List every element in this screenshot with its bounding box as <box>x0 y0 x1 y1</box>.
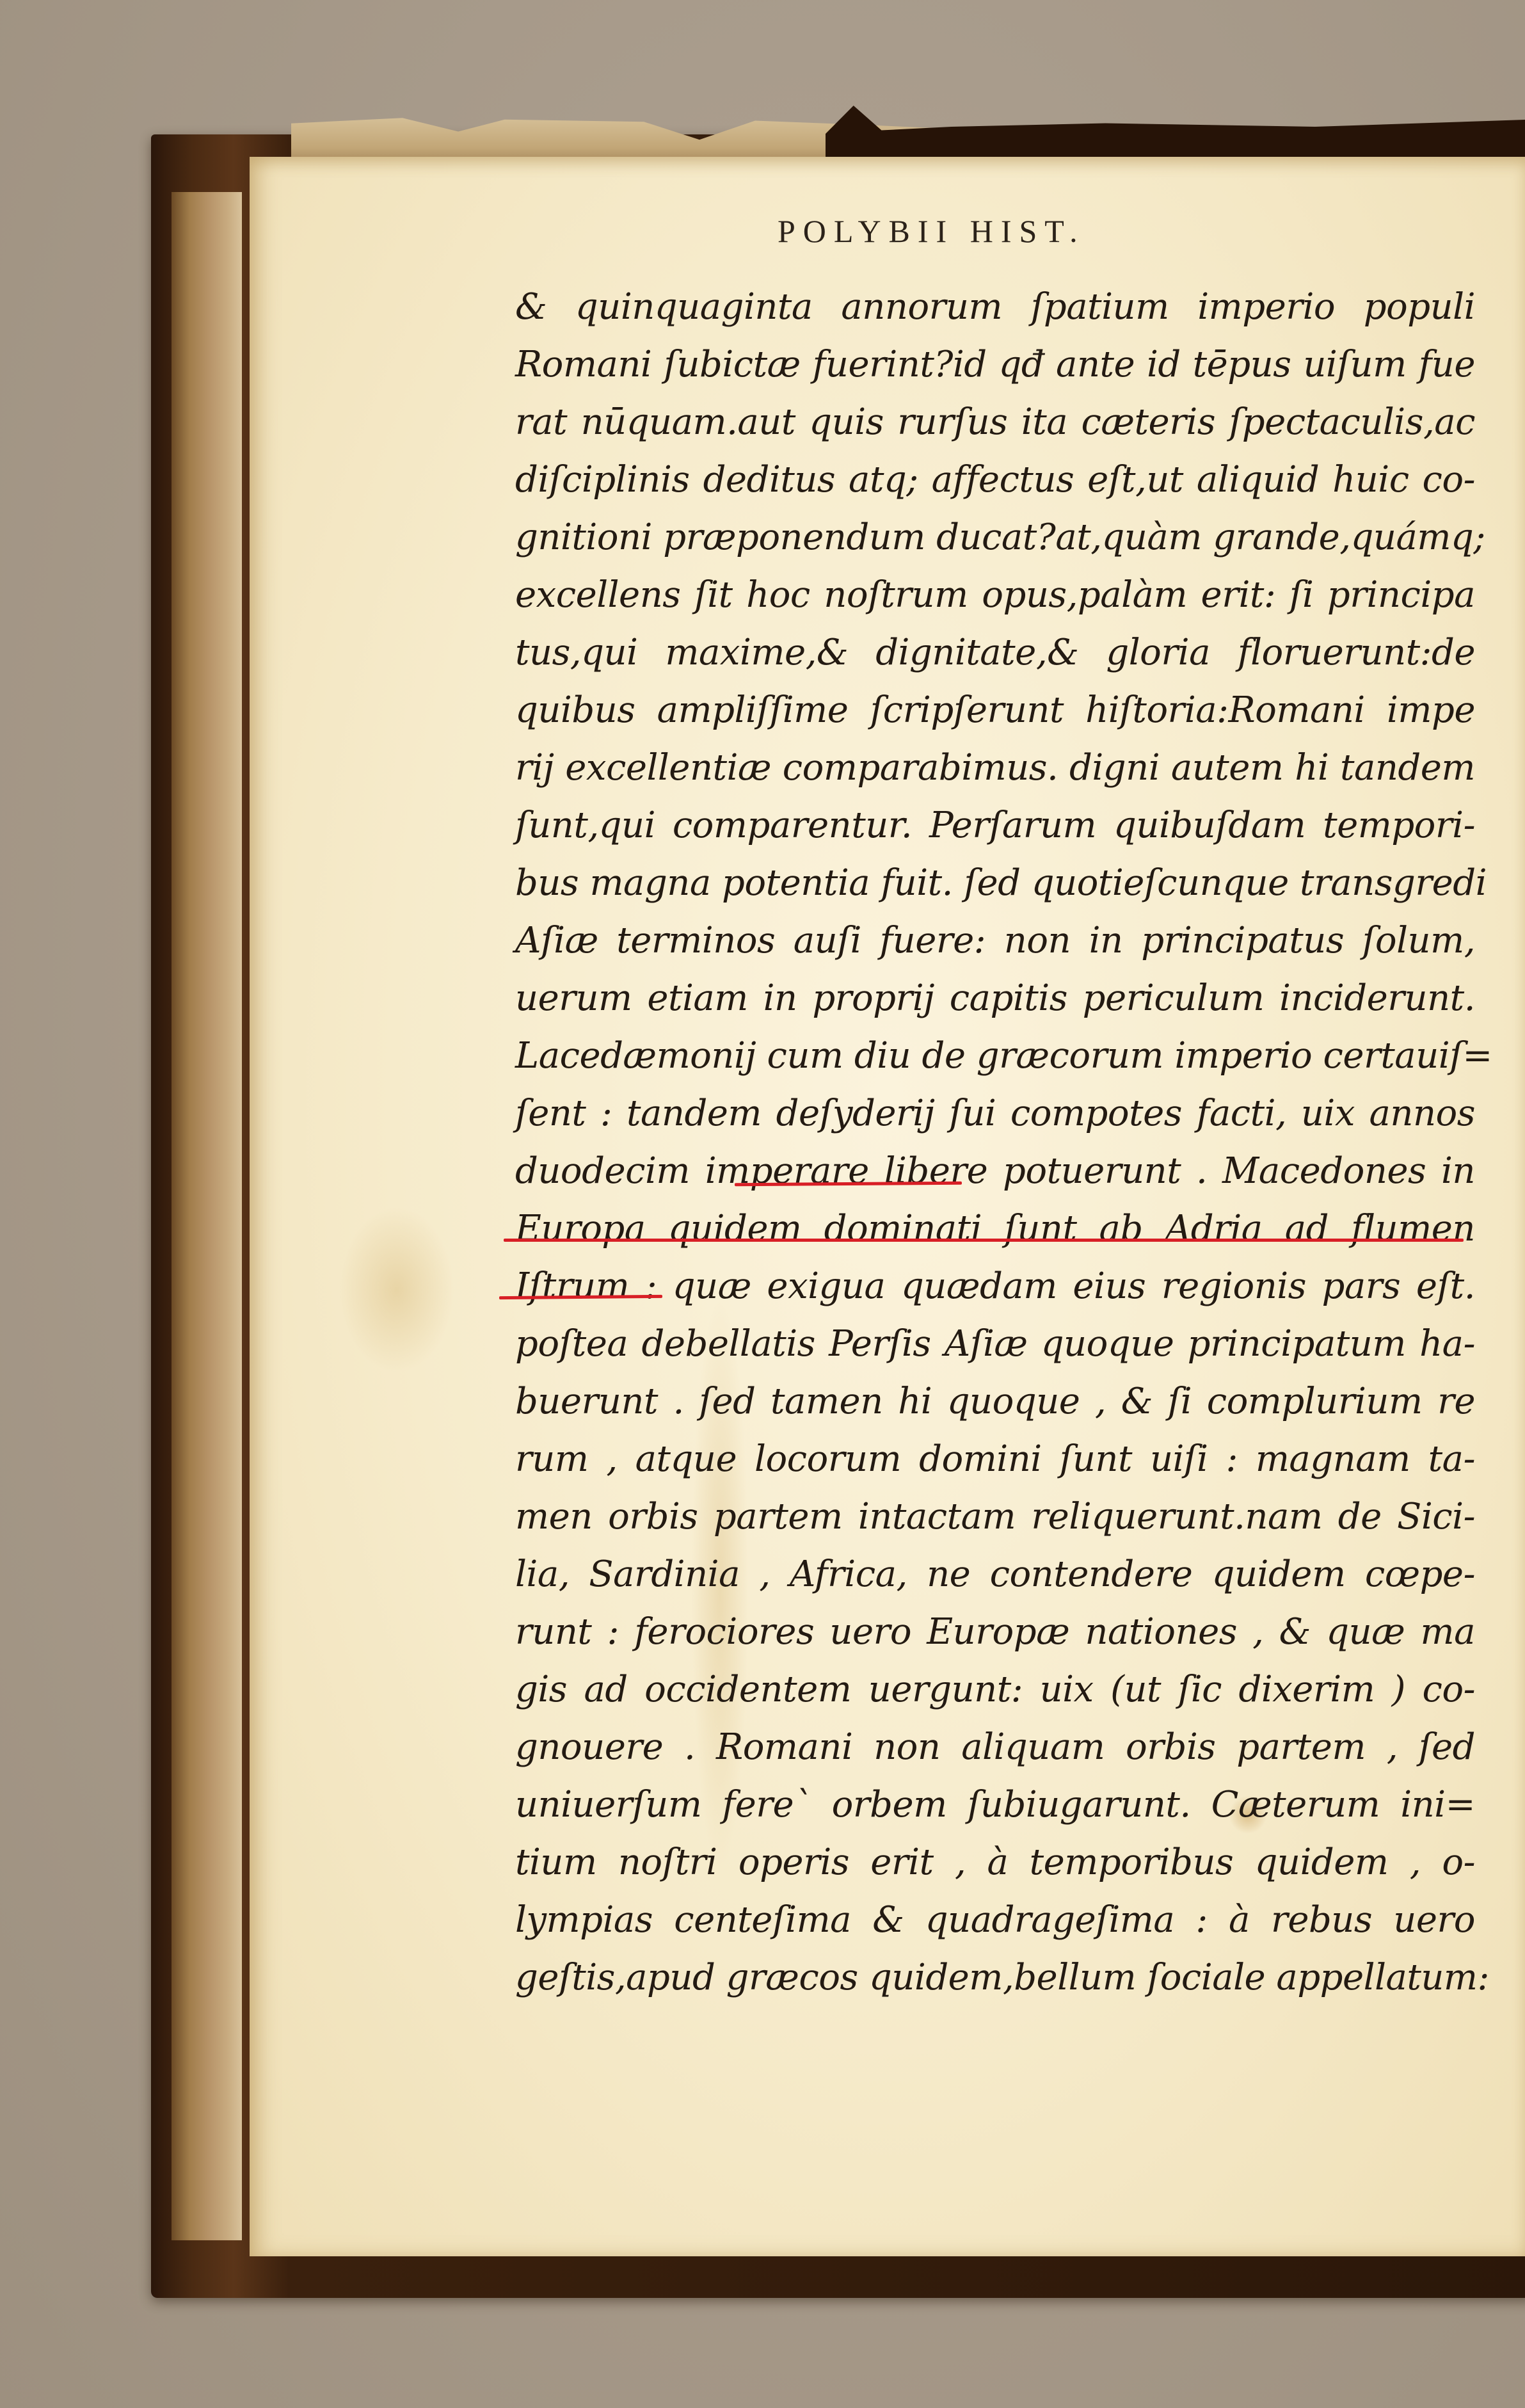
text-line: ſunt,qui comparentur. Perſarum quibuſdam… <box>515 797 1475 855</box>
text-line: runt : ferociores uero Europæ nationes ,… <box>515 1603 1475 1661</box>
text-line: bus magna potentia fuit. ſed quotieſcunq… <box>515 855 1475 912</box>
text-line: rij excellentiæ comparabimus. digni aute… <box>515 739 1475 797</box>
text-line: Lacedæmonij cum diu de græcorum imperio … <box>515 1027 1475 1085</box>
text-line: Europa quidem dominati ſunt ab Adria ad … <box>515 1200 1475 1258</box>
running-head: POLYBII HIST. <box>778 213 1085 250</box>
text-line: gnouere . Romani non aliquam orbis parte… <box>515 1719 1475 1776</box>
red-underline <box>504 1239 1464 1242</box>
body-text: & quinquaginta annorum ſpatium imperio p… <box>515 278 1475 2007</box>
text-line: Aſiæ terminos auſi fuere: non in princip… <box>515 912 1475 970</box>
book-spine-edge <box>172 192 242 2240</box>
text-line: excellens ſit hoc noſtrum opus,palàm eri… <box>515 566 1475 624</box>
text-line: duodecim imperare libere potuerunt . Mac… <box>515 1143 1475 1200</box>
text-line: diſciplinis deditus atq; affectus eſt,ut… <box>515 451 1475 509</box>
text-line: uerum etiam in proprij capitis periculum… <box>515 970 1475 1027</box>
text-line: lia, Sardinia , Africa, ne contendere qu… <box>515 1546 1475 1603</box>
text-line: buerunt . ſed tamen hi quoque , & ſi com… <box>515 1373 1475 1431</box>
text-line: men orbis partem intactam reliquerunt.na… <box>515 1488 1475 1546</box>
text-line: quibus ampliſſime ſcripſerunt hiſtoria:R… <box>515 682 1475 739</box>
text-line: ſent : tandem deſyderij ſui compotes fac… <box>515 1085 1475 1143</box>
text-line: poſtea debellatis Perſis Aſiæ quoque pri… <box>515 1315 1475 1373</box>
text-line: gnitioni præponendum ducat?at,quàm grand… <box>515 509 1475 566</box>
foxing-stain <box>339 1207 454 1373</box>
text-line: Romani ſubictæ fuerint?id qđ ante id tēp… <box>515 336 1475 394</box>
text-line: gis ad occidentem uergunt: uix (ut ſic d… <box>515 1661 1475 1719</box>
text-line: geſtis,apud græcos quidem,bellum ſociale… <box>515 1949 1475 2007</box>
text-line: rum , atque locorum domini ſunt uiſi : m… <box>515 1431 1475 1488</box>
text-line: & quinquaginta annorum ſpatium imperio p… <box>515 278 1475 336</box>
text-line: tium noſtri operis erit , à temporibus q… <box>515 1834 1475 1891</box>
text-line: rat nūquam.aut quis rurſus ita cæteris ſ… <box>515 394 1475 451</box>
text-line: Iſtrum : quæ exigua quædam eius regionis… <box>515 1258 1475 1315</box>
text-line: uniuerſum fere` orbem ſubiugarunt. Cæter… <box>515 1776 1475 1834</box>
text-line: tus,qui maxime,& dignitate,& gloria flor… <box>515 624 1475 682</box>
text-line: lympias centeſima & quadrageſima : à reb… <box>515 1891 1475 1949</box>
